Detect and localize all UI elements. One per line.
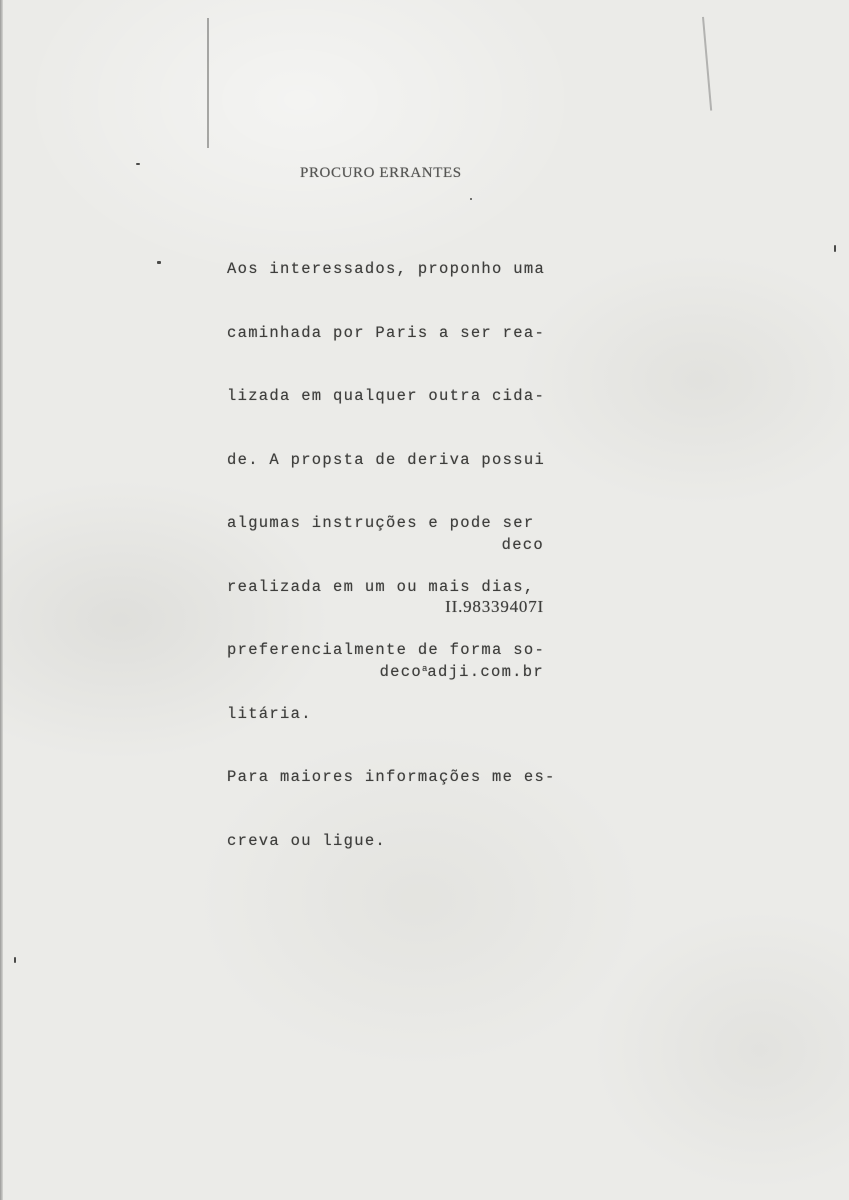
- body-line: de. A propsta de deriva possui: [227, 447, 557, 475]
- signature-name: deco: [380, 532, 544, 558]
- document-title: PROCURO ERRANTES: [300, 165, 462, 182]
- left-margin-line: [207, 18, 209, 148]
- email-domain: adji.com.br: [427, 663, 544, 681]
- body-line: lizada em qualquer outra cida-: [227, 383, 557, 411]
- ink-speck: [470, 198, 472, 200]
- signature-phone: II.98339407I: [380, 594, 544, 620]
- paper-sheet: PROCURO ERRANTES Aos interessados, propo…: [0, 0, 849, 1200]
- body-line: caminhada por Paris a ser rea-: [227, 320, 557, 348]
- signature-email: decoaadji.com.br: [380, 656, 544, 682]
- body-line: Para maiores informações me es-: [227, 764, 557, 792]
- signature-block: deco II.98339407I decoaadji.com.br: [380, 496, 544, 718]
- body-line: Aos interessados, proponho uma: [227, 256, 557, 284]
- right-margin-line: [702, 17, 712, 111]
- email-user: deco: [380, 663, 422, 681]
- scan-edge: [0, 0, 3, 1200]
- ink-speck: [834, 245, 836, 252]
- body-line: creva ou ligue.: [227, 828, 557, 856]
- ink-speck: [136, 163, 140, 165]
- ink-speck: [157, 261, 161, 264]
- ink-speck: [14, 957, 16, 963]
